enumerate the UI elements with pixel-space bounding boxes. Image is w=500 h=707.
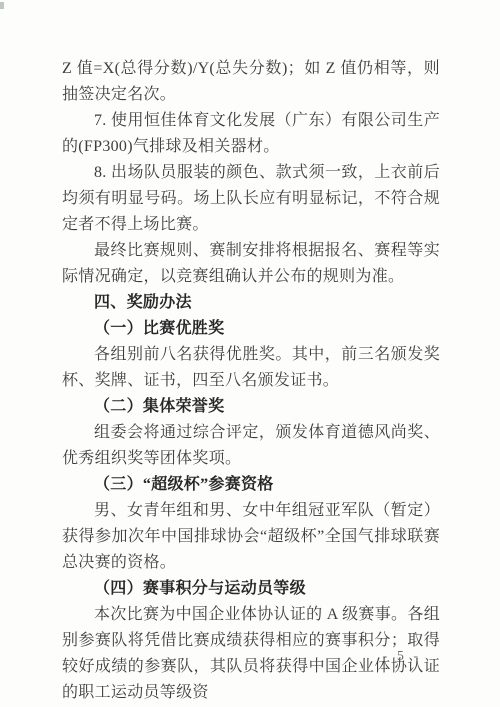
subheading-group-honor-award: （二）集体荣誉奖 <box>62 394 440 420</box>
subheading-super-cup-qualification: （三）“超级杯”参赛资格 <box>62 472 440 498</box>
paragraph-item-8-uniform: 8. 出场队员服装的颜色、款式须一致，上衣前后均须有明显号码。场上队长应有明显标… <box>62 160 440 238</box>
scan-artifact <box>0 2 4 9</box>
paragraph-group-honor-award: 组委会将通过综合评定，颁发体育道德风尚奖、优秀组织奖等团体奖项。 <box>62 420 440 472</box>
paragraph-super-cup-qualification: 男、女青年组和男、女中年组冠亚军队（暂定）获得参加次年中国排球协会“超级杯”全国… <box>62 498 440 576</box>
paragraph-z-value-rule: Z 值=X(总得分数)/Y(总失分数)；如 Z 值仍相等，则抽签决定名次。 <box>62 56 440 108</box>
paragraph-final-rules: 最终比赛规则、赛制安排将根据报名、赛程等实际情况确定，以竞赛组确认并公布的规则为… <box>62 238 440 290</box>
page-number: - 5 - <box>383 648 421 666</box>
subheading-points-and-athlete-grade: （四）赛事积分与运动员等级 <box>62 576 440 602</box>
paragraph-winner-award: 各组别前八名获得优胜奖。其中，前三名颁发奖杯、奖牌、证书，四至八名颁发证书。 <box>62 342 440 394</box>
paragraph-item-7-equipment: 7. 使用恒佳体育文化发展（广东）有限公司生产的(FP300)气排球及相关器材。 <box>62 108 440 160</box>
scanned-document-page: Z 值=X(总得分数)/Y(总失分数)；如 Z 值仍相等，则抽签决定名次。 7.… <box>0 0 500 707</box>
section-heading-awards: 四、奖励办法 <box>62 290 440 316</box>
subheading-winner-award: （一）比赛优胜奖 <box>62 316 440 342</box>
document-body: Z 值=X(总得分数)/Y(总失分数)；如 Z 值仍相等，则抽签决定名次。 7.… <box>62 56 440 706</box>
